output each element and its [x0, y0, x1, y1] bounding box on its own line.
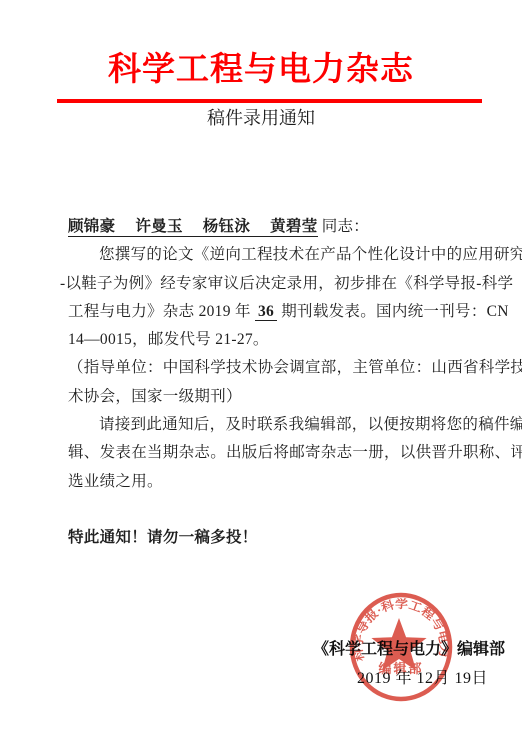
- text-segment: 请接到此通知后，及时联系我编辑部，以便按期将您的稿件编: [99, 416, 522, 433]
- text-segment: 术协会，国家一级期刊）: [68, 388, 242, 405]
- body-line-9: 选业绩之用。: [68, 468, 504, 496]
- body-line-1: 您撰写的论文《逆向工程技术在产品个性化设计中的应用研究-: [68, 241, 504, 269]
- text-segment: 顾锦豪 许曼玉 杨钰泳 黄碧莹: [68, 218, 318, 237]
- closing-line: 特此通知！请勿一稿多投！: [68, 524, 504, 552]
- body-line-6: 术协会，国家一级期刊）: [68, 383, 504, 411]
- text-segment: 同志：: [318, 218, 370, 235]
- body-line-8: 辑、发表在当期杂志。出版后将邮寄杂志一册，以供晋升职称、评: [68, 439, 504, 467]
- text-segment: 特此通知！请勿一稿多投！: [68, 529, 258, 546]
- text-segment: 期刊载发表。国内统一刊号：CN: [277, 303, 509, 320]
- text-segment: -以鞋子为例》经专家审议后决定录用，初步排在《科学导报-科学: [60, 275, 513, 292]
- text-segment: 14—0015，邮发代号 21-27。: [68, 331, 269, 348]
- body-line-5: （指导单位：中国科学技术协会调宣部，主管单位：山西省科学技: [68, 354, 504, 382]
- journal-title: 科学工程与电力杂志: [0, 49, 522, 89]
- body-line-4: 14—0015，邮发代号 21-27。: [68, 326, 504, 354]
- text-segment: 选业绩之用。: [68, 473, 163, 490]
- acceptance-notice-page: 科学工程与电力杂志 稿件录用通知 顾锦豪 许曼玉 杨钰泳 黄碧莹 同志：您撰写的…: [0, 0, 522, 747]
- body-line-2: -以鞋子为例》经专家审议后决定录用，初步排在《科学导报-科学: [60, 270, 504, 298]
- body-line-7: 请接到此通知后，及时联系我编辑部，以便按期将您的稿件编: [68, 411, 504, 439]
- text-segment: 36: [255, 303, 277, 321]
- salutation-line: 顾锦豪 许曼玉 杨钰泳 黄碧莹 同志：: [68, 213, 504, 241]
- signature-line: 《科学工程与电力》编辑部: [313, 638, 505, 662]
- date-line: 2019 年 12月 19日: [357, 667, 488, 691]
- text-segment: 辑、发表在当期杂志。出版后将邮寄杂志一册，以供晋升职称、评: [68, 444, 522, 461]
- body-line-3: 工程与电力》杂志 2019 年 36 期刊载发表。国内统一刊号：CN: [68, 298, 504, 326]
- letter-body: 顾锦豪 许曼玉 杨钰泳 黄碧莹 同志：您撰写的论文《逆向工程技术在产品个性化设计…: [68, 213, 504, 553]
- notice-title: 稿件录用通知: [0, 105, 522, 131]
- text-segment: 工程与电力》杂志 2019 年: [68, 303, 255, 320]
- header-divider-rule: [57, 99, 482, 103]
- text-segment: 您撰写的论文《逆向工程技术在产品个性化设计中的应用研究-: [99, 246, 522, 263]
- text-segment: （指导单位：中国科学技术协会调宣部，主管单位：山西省科学技: [68, 359, 522, 376]
